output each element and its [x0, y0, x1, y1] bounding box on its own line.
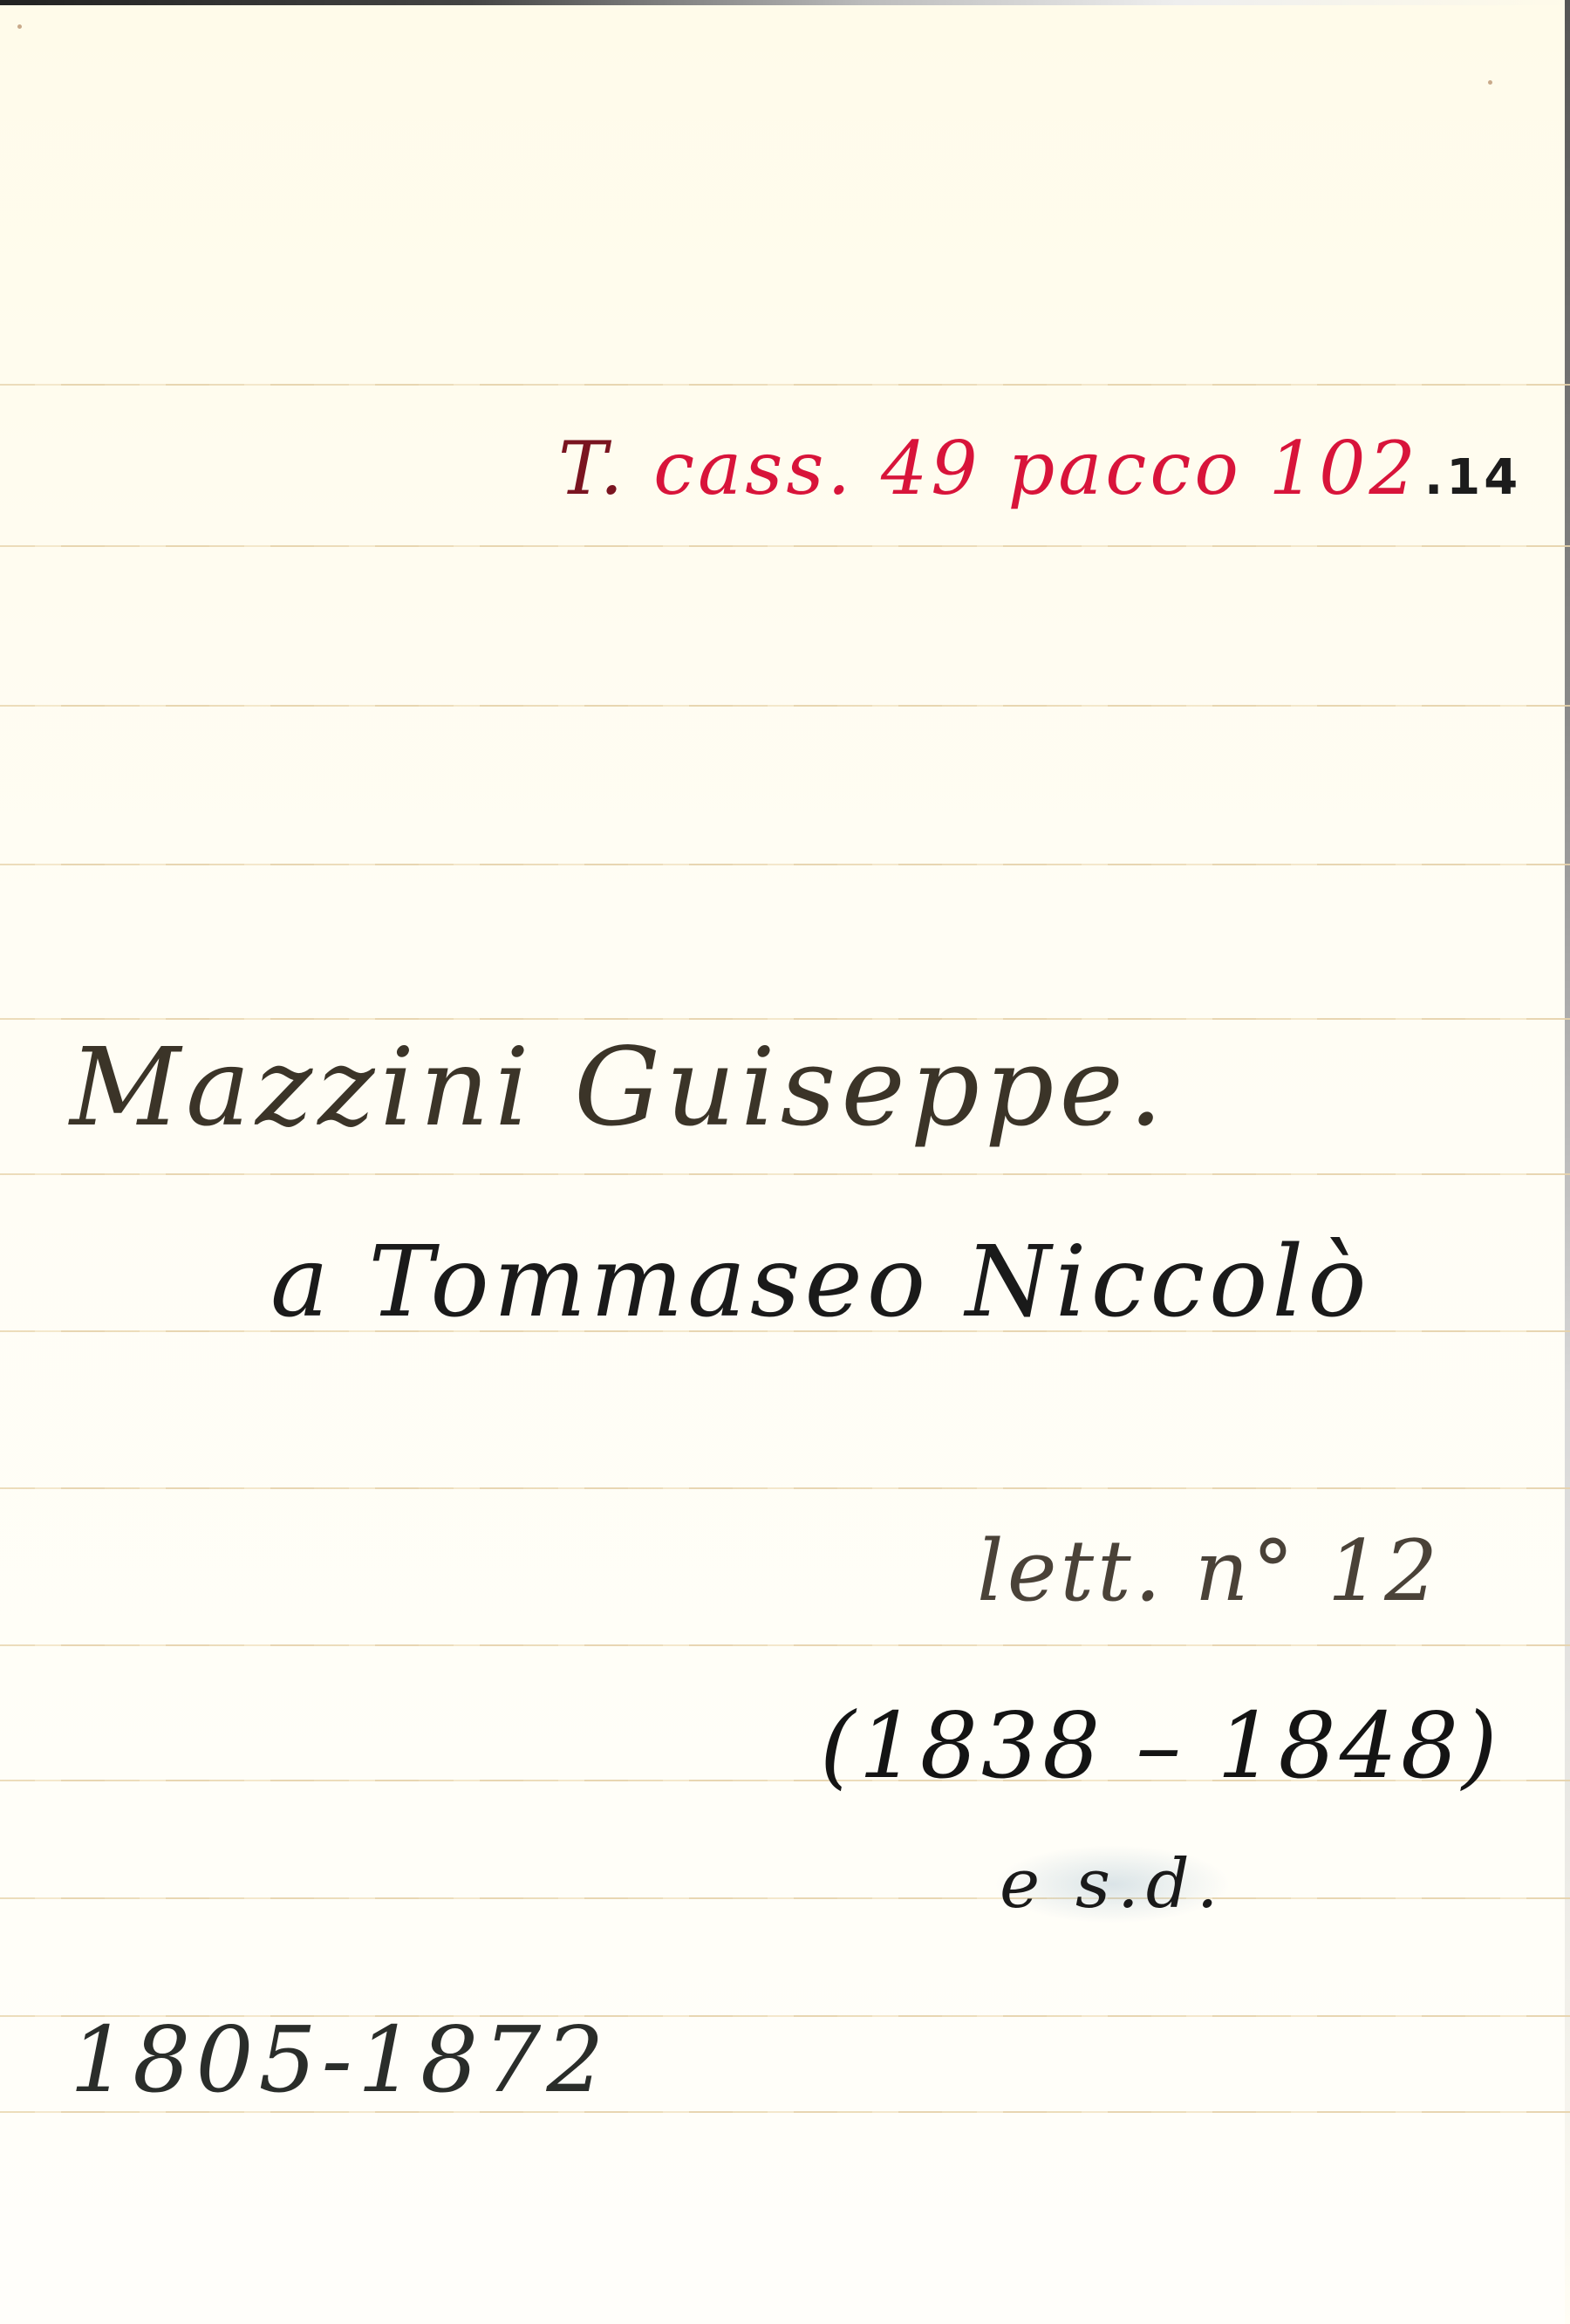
ruled-line	[0, 864, 1570, 865]
shelfmark-suffix: .14	[1424, 449, 1521, 506]
ruled-line	[0, 1644, 1570, 1646]
ruled-line	[0, 545, 1570, 547]
ruled-line	[0, 1018, 1570, 1020]
shelfmark-prefix: T.	[558, 426, 626, 511]
catalog-card: T. cass. 49 pacco 102.14 Mazzini Guisepp…	[0, 0, 1570, 2324]
author-lifespan: 1805-1872	[70, 2006, 609, 2113]
shelfmark-pacco: pacco 102	[1007, 426, 1419, 511]
ruled-line	[0, 705, 1570, 707]
author-name: Mazzini Guiseppe.	[70, 1025, 1168, 1151]
recipient-name: a Tommaseo Niccolò	[270, 1226, 1371, 1339]
letters-count: lett. n° 12	[977, 1522, 1441, 1620]
shelfmark: T. cass. 49 pacco 102.14	[558, 426, 1521, 511]
date-range: (1838 – 1848)	[820, 1692, 1501, 1799]
paper-speck	[17, 24, 22, 29]
undated-note-text: e s.d.	[994, 1845, 1231, 1924]
ruled-line	[0, 1487, 1570, 1489]
ruled-line	[0, 1897, 1570, 1899]
ruled-line	[0, 1173, 1570, 1175]
shelfmark-cassetta: cass. 49	[653, 426, 981, 511]
card-right-edge-shadow	[1565, 0, 1570, 2324]
ruled-line	[0, 384, 1570, 386]
card-top-edge-shadow	[0, 0, 1570, 5]
undated-note: e s.d.	[994, 1845, 1231, 1924]
paper-speck	[1488, 80, 1492, 85]
